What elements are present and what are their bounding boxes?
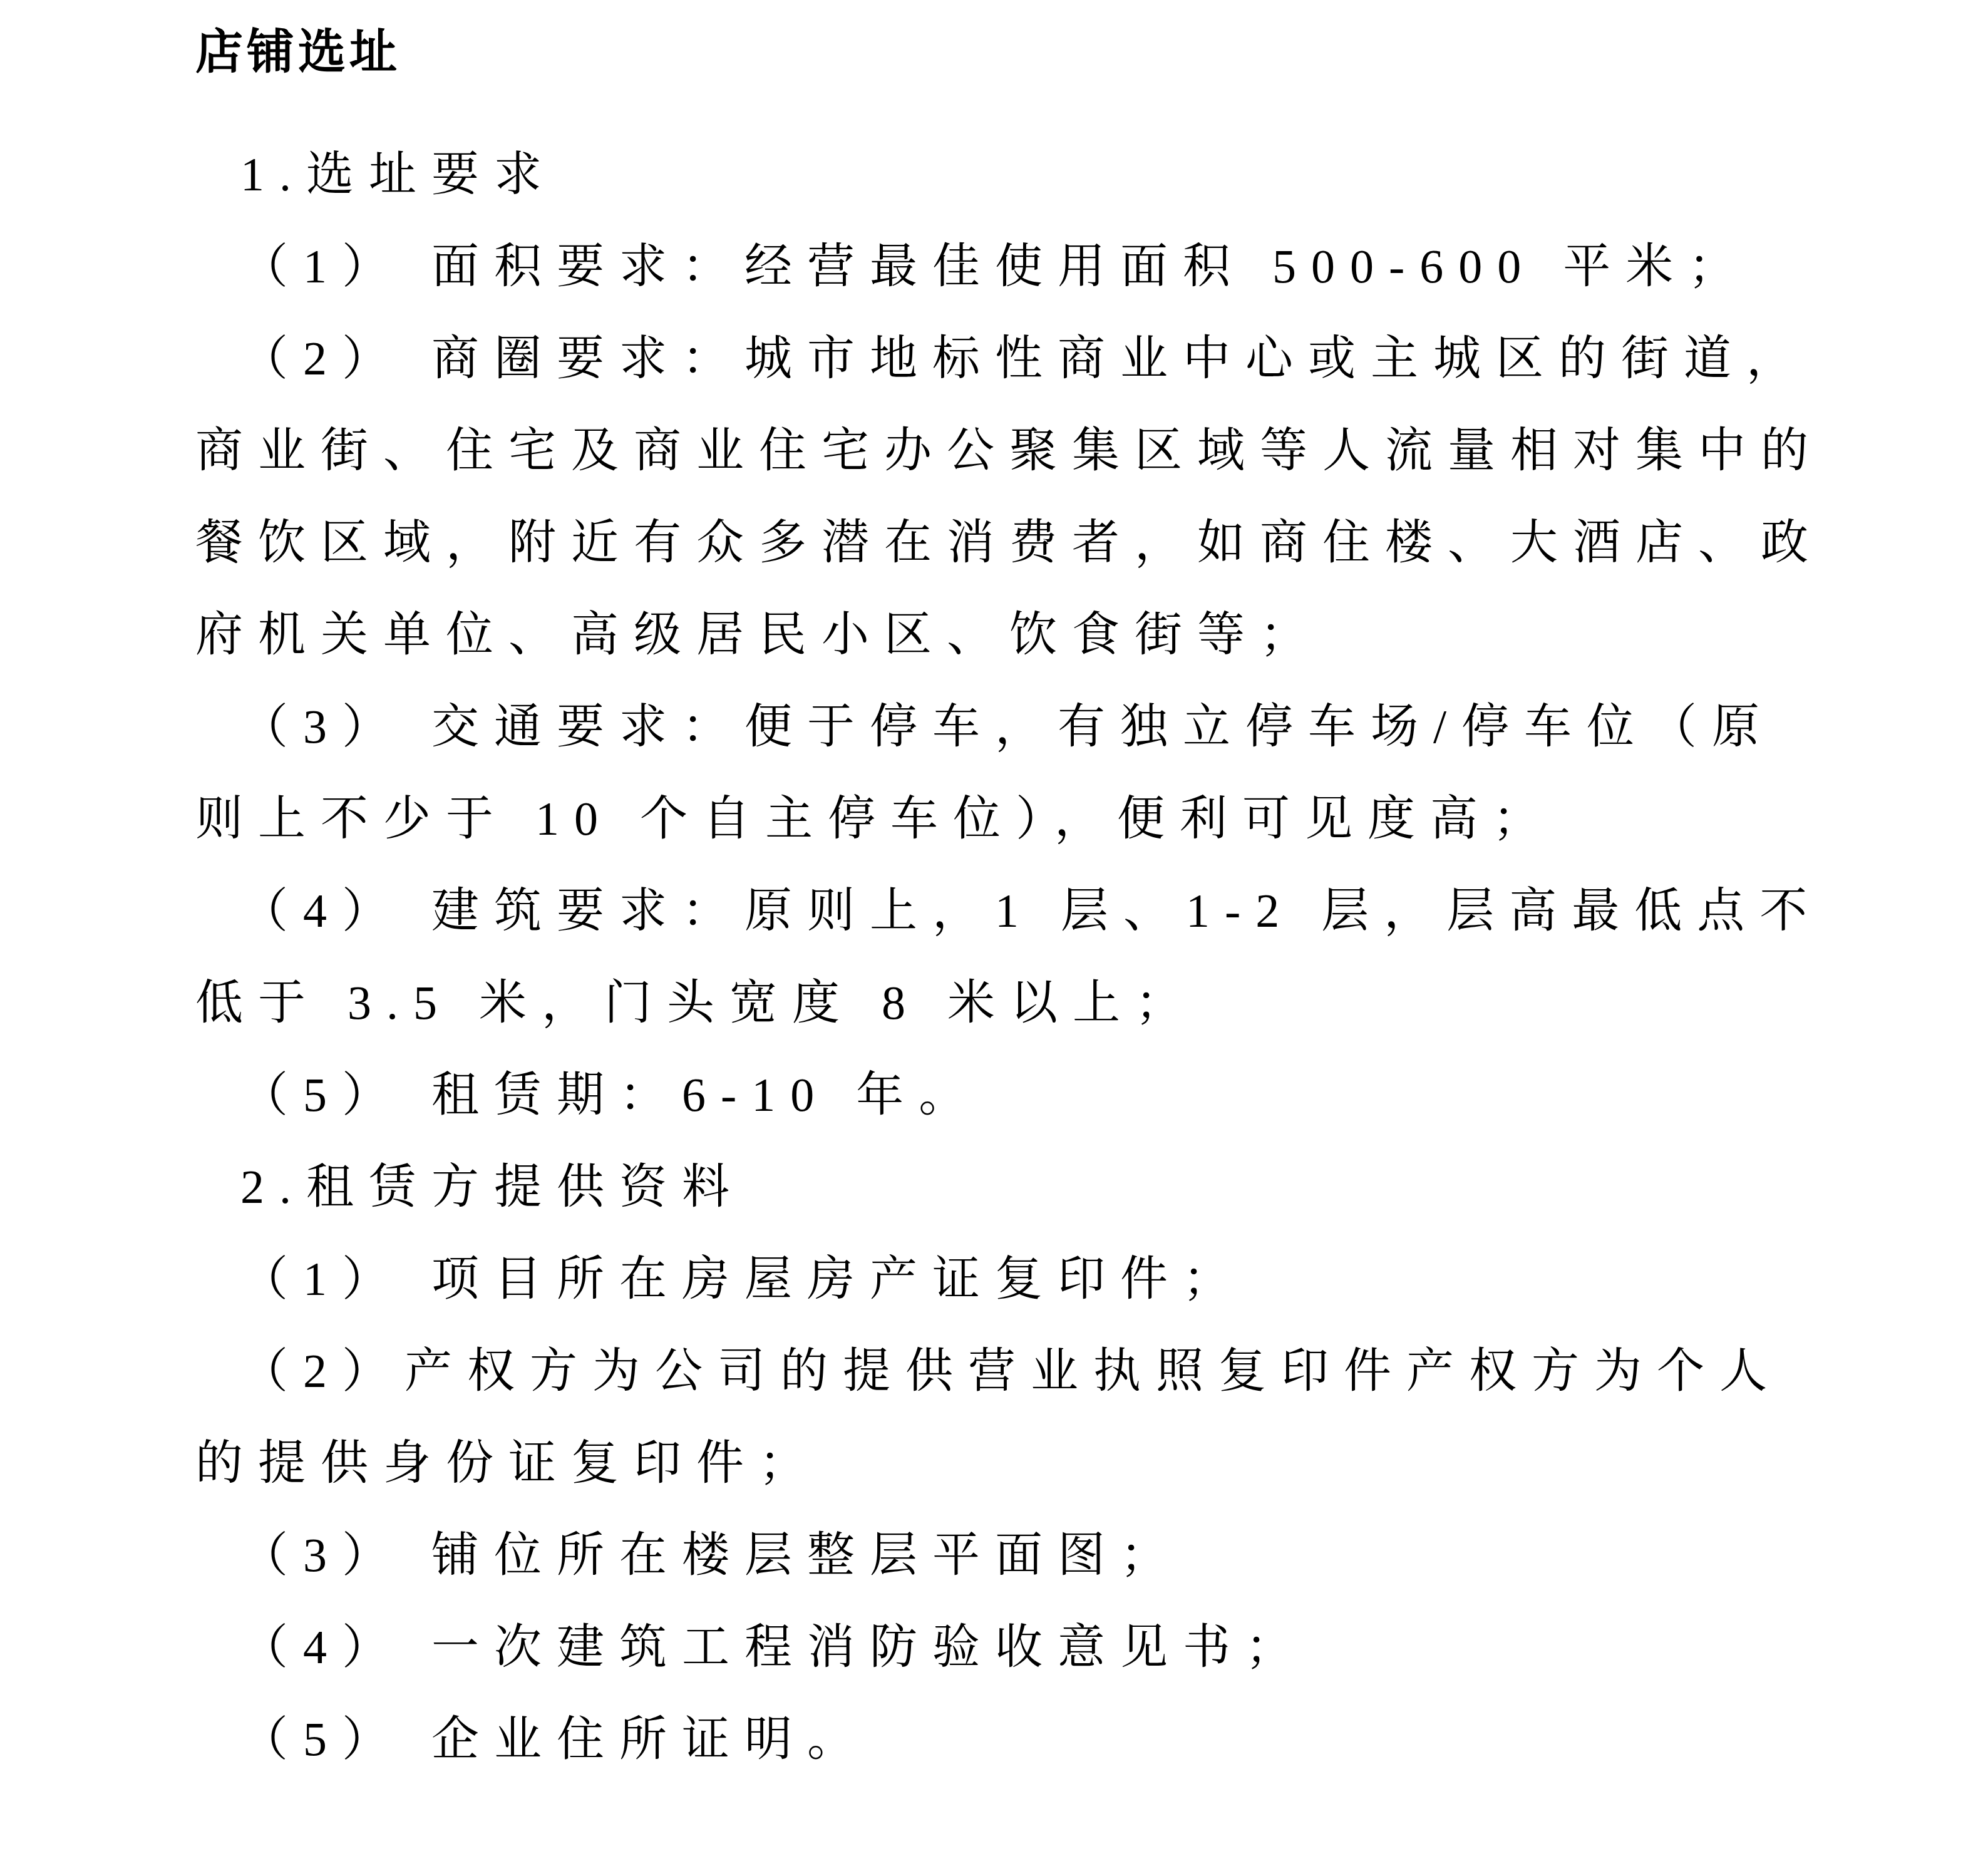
document-page: 店铺选址 1.选址要求 （1） 面积要求：经营最佳使用面积 500-600 平米… (0, 0, 1988, 1856)
document-title: 店铺选址 (195, 19, 1847, 86)
document-line: （2） 商圈要求：城市地标性商业中心或主城区的街道， (195, 313, 1847, 405)
document-line: 府机关单位、高级居民小区、饮食街等； (195, 589, 1847, 681)
document-line: （3） 交通要求：便于停车，有独立停车场/停车位（原 (195, 681, 1847, 773)
document-line: 2.租赁方提供资料 (195, 1142, 1847, 1234)
document-line: （3） 铺位所在楼层整层平面图； (195, 1510, 1847, 1602)
document-line: 低于 3.5 米，门头宽度 8 米以上； (195, 957, 1847, 1049)
document-line: （2）产权方为公司的提供营业执照复印件产权方为个人 (195, 1326, 1847, 1418)
document-line: 的提供身份证复印件； (195, 1418, 1847, 1510)
document-line: （5） 企业住所证明。 (195, 1694, 1847, 1786)
document-line: （1） 项目所在房屋房产证复印件； (195, 1234, 1847, 1326)
document-line: （5） 租赁期：6-10 年。 (195, 1049, 1847, 1142)
document-line: 1.选址要求 (195, 129, 1847, 221)
document-line: （1） 面积要求：经营最佳使用面积 500-600 平米； (195, 221, 1847, 313)
document-line: 则上不少于 10 个自主停车位），便利可见度高； (195, 773, 1847, 865)
document-line: （4） 建筑要求：原则上，1 层、1-2 层，层高最低点不 (195, 865, 1847, 957)
document-line: 餐饮区域，附近有众多潜在消费者，如商住楼、大酒店、政 (195, 497, 1847, 589)
document-line: 商业街、住宅及商业住宅办公聚集区域等人流量相对集中的 (195, 405, 1847, 497)
document-line: （4） 一次建筑工程消防验收意见书； (195, 1602, 1847, 1694)
